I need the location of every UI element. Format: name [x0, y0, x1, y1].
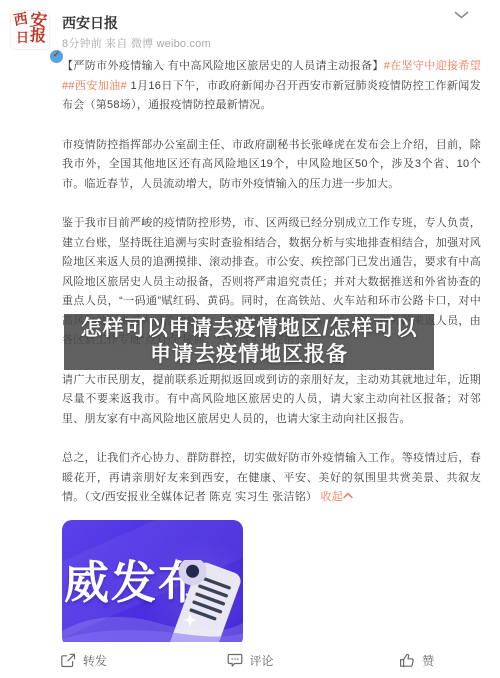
action-bar: 转发 评论 赞: [0, 642, 500, 678]
post-menu-button[interactable]: [454, 7, 469, 25]
collapse-label: 收起: [321, 491, 344, 503]
comment-button[interactable]: 评论: [167, 642, 334, 678]
post-image-thumbnail[interactable]: 威发布: [62, 520, 243, 647]
like-icon: [399, 653, 415, 668]
avatar-logo-char: 西: [13, 13, 29, 29]
like-button[interactable]: 赞: [333, 642, 500, 678]
post-timestamp-source: 8分钟前 来自 微博 weibo.com: [62, 35, 211, 51]
chevron-down-icon: [454, 11, 469, 20]
avatar[interactable]: 西 安 日 报 ✓: [11, 11, 49, 49]
paragraph-1: 【严防市外疫情输入 有中高风险地区旅居史的人员请主动报备】#在坚守中迎接希望##…: [62, 57, 481, 116]
paragraph-2: 市疫情防控指挥部办公室副主任、市政府副秘书长张峰虎在发布会上介绍，目前，除我市外…: [62, 136, 481, 195]
repost-icon: [60, 653, 76, 668]
like-label: 赞: [422, 652, 434, 669]
comment-icon: [227, 653, 243, 668]
repost-label: 转发: [83, 652, 107, 669]
wave-decoration: [62, 607, 243, 647]
paragraph-5-text: 总之，让我们齐心协力、群防群控，切实做好防市外疫情输入工作。等疫情过后，春暖花开…: [62, 452, 481, 503]
weibo-post-card: 西 安 日 报 ✓ 西安日报 8分钟前 来自 微博 weibo.com 【严防市…: [0, 0, 500, 678]
collapse-post-link[interactable]: 收起: [321, 491, 354, 503]
chevron-up-icon: [343, 492, 353, 499]
caption-overlay-line1: 怎样可以申请去疫情地区/怎样可以: [64, 316, 434, 342]
author-name[interactable]: 西安日报: [62, 13, 118, 33]
paragraph-5: 总之，让我们齐心协力、群防群控，切实做好防市外疫情输入工作。等疫情过后，春暖花开…: [62, 449, 481, 508]
repost-button[interactable]: 转发: [0, 642, 167, 678]
paragraph-1-lead: 【严防市外疫情输入 有中高风险地区旅居史的人员请主动报备】: [62, 60, 384, 72]
comment-label: 评论: [250, 652, 274, 669]
avatar-logo-char: 日: [16, 31, 29, 44]
caption-overlay-line2: 申请去疫情地区报备: [64, 342, 434, 368]
paragraph-4: 请广大市民朋友，提前联系近期拟返回或到访的亲朋好友，主动劝其就地过年，近期尽量不…: [62, 371, 481, 430]
avatar-logo-char: 报: [29, 28, 46, 45]
caption-overlay: 怎样可以申请去疫情地区/怎样可以 申请去疫情地区报备: [64, 314, 434, 370]
